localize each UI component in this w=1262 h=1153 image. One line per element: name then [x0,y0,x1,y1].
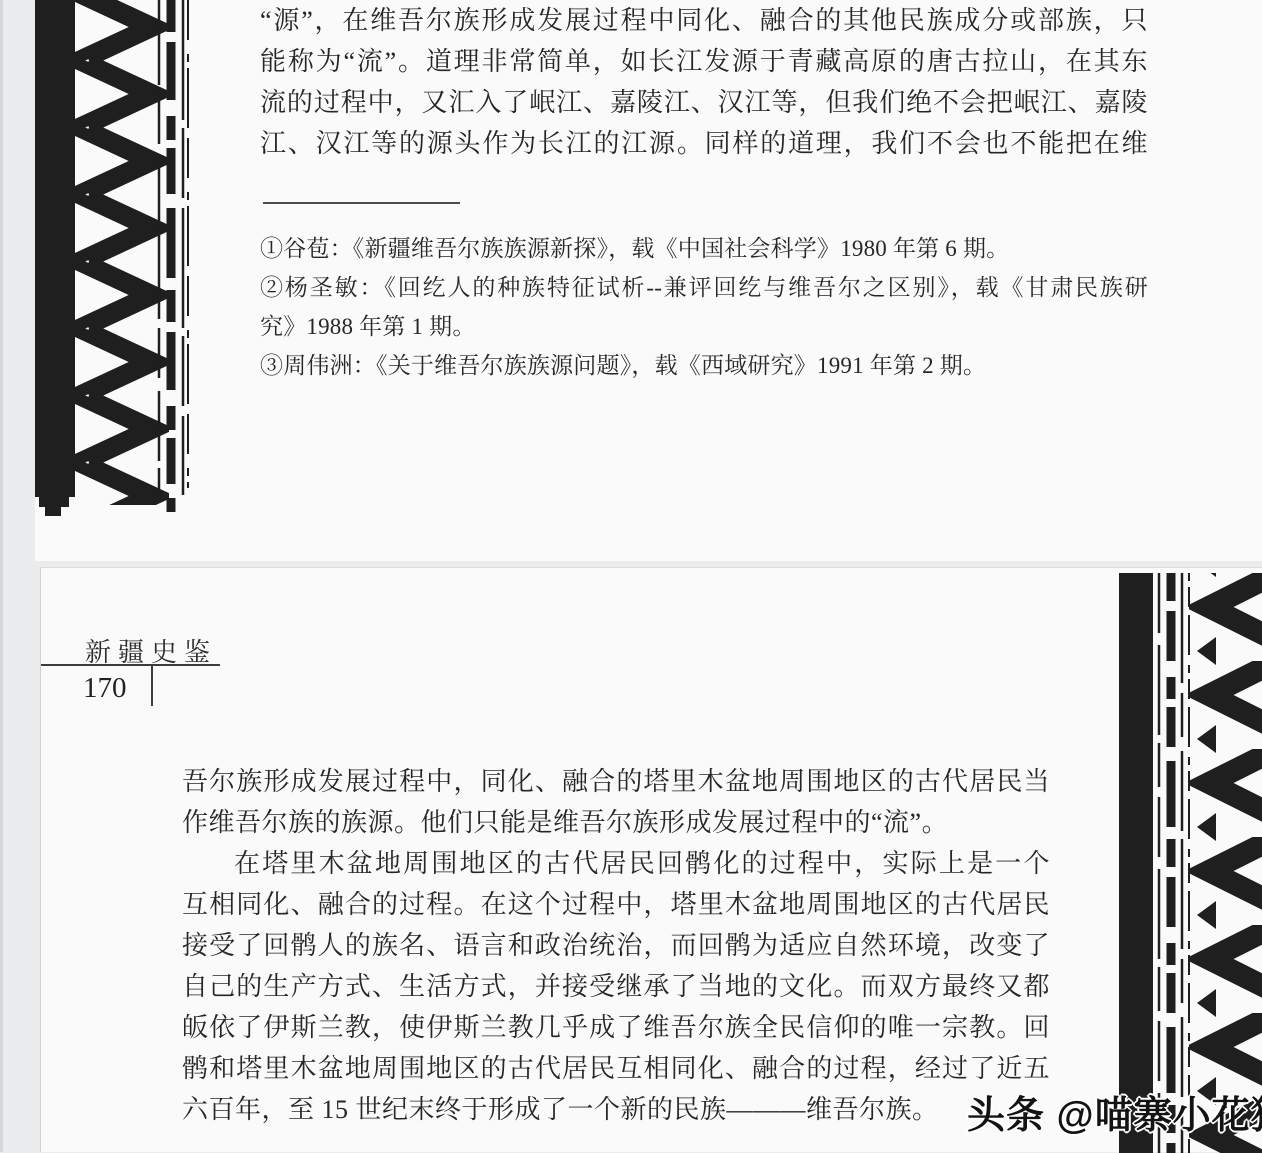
body-text-line: 自己的生产方式、生活方式，并接受继承了当地的文化。而双方最终又都 [182,966,1050,1007]
body-text-line: “源”，在维吾尔族形成发展过程中同化、融合的其他民族成分或部族，只 [260,0,1148,41]
footnote-block: ①谷苞：《新疆维吾尔族族源新探》，载《中国社会科学》1980 年第 6 期。 ②… [260,229,1148,385]
body-text-line: 流的过程中，又汇入了岷江、嘉陵江、汉江等，但我们绝不会把岷江、嘉陵 [260,82,1148,123]
body-text-line: 皈依了伊斯兰教，使伊斯兰教几乎成了维吾尔族全民信仰的唯一宗教。回 [182,1007,1050,1048]
body-text-line: 在塔里木盆地周围地区的古代居民回鹘化的过程中，实际上是一个 [182,843,1050,884]
body-paragraph: 吾尔族形成发展过程中，同化、融合的塔里木盆地周围地区的古代居民当 作维吾尔族的族… [182,761,1050,1130]
page-number: 170 [83,672,127,705]
left-border-ornament [35,0,190,518]
footnote-line: ③周伟洲：《关于维吾尔族族源问题》，载《西域研究》1991 年第 2 期。 [260,346,1148,385]
body-text-line: 作维吾尔族的族源。他们只能是维吾尔族形成发展过程中的“流”。 [182,802,1050,843]
book-page-bottom: 新疆史鉴 170 吾尔族形成发展过程中，同化、融合的塔里木盆地周围地区的古代居民… [40,567,1262,1152]
scan-edge-shadow [0,0,3,1152]
right-border-ornament [1119,573,1262,1152]
body-text-line: 江、汉江等的源头作为长江的江源。同样的道理，我们不会也不能把在维 [260,123,1148,164]
body-text-line: 六百年，至 15 世纪末终于形成了一个新的民族———维吾尔族。 [182,1089,1050,1130]
header-rule [41,664,220,666]
body-text-line: 互相同化、融合的过程。在这个过程中，塔里木盆地周围地区的古代居民 [182,884,1050,925]
footnote-line: 究》1988 年第 1 期。 [260,307,1148,346]
footnote-line: ①谷苞：《新疆维吾尔族族源新探》，载《中国社会科学》1980 年第 6 期。 [260,229,1148,268]
body-text-line: 能称为“流”。道理非常简单，如长江发源于青藏高原的唐古拉山，在其东 [260,41,1148,82]
book-page-top: “源”，在维吾尔族形成发展过程中同化、融合的其他民族成分或部族，只 能称为“流”… [35,0,1262,561]
watermark-text: 头条 @喵寨小花猫 [967,1084,1262,1139]
scanned-book-spread: “源”，在维吾尔族形成发展过程中同化、融合的其他民族成分或部族，只 能称为“流”… [0,0,1262,1152]
header-rule-tick [151,664,153,706]
body-text-line: 鹘和塔里木盆地周围地区的古代居民互相同化、融合的过程，经过了近五 [182,1048,1050,1089]
body-text-line: 吾尔族形成发展过程中，同化、融合的塔里木盆地周围地区的古代居民当 [182,761,1050,802]
footnote-line: ②杨圣敏：《回纥人的种族特征试析--兼评回纥与维吾尔之区别》，载《甘肃民族研 [260,268,1148,307]
footnote-divider [263,202,460,204]
body-text-line: 接受了回鹘人的族名、语言和政治统治，而回鹘为适应自然环境，改变了 [182,925,1050,966]
body-paragraph: “源”，在维吾尔族形成发展过程中同化、融合的其他民族成分或部族，只 能称为“流”… [260,0,1148,164]
